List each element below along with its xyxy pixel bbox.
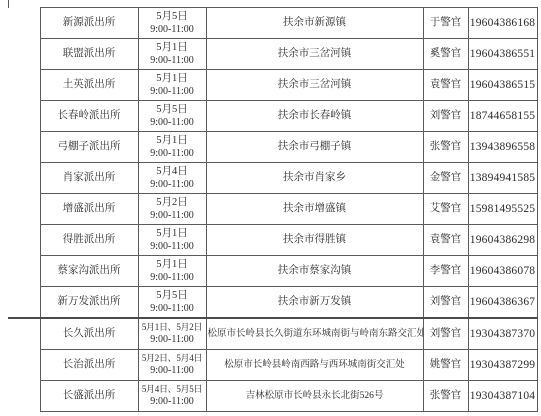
phone-cell: 19304387299	[468, 350, 537, 381]
officer-cell: 刘警官	[423, 318, 468, 350]
date-cell: 5月1日、5月2日9:00-11:00	[138, 318, 206, 350]
table-row: 增盛派出所5月2日9:00-11:00扶余市增盛镇艾警官15981495525	[8, 194, 537, 225]
table-row: 长治派出所5月2日、5月4日9:00-11:00松原市长岭县岭南西路与西环城南街…	[8, 350, 537, 381]
table-row: 新源派出所5月5日9:00-11:00扶余市新源镇于警官19604386168	[8, 8, 537, 39]
phone-cell: 19604386298	[468, 225, 537, 256]
date-text: 5月5日	[140, 289, 205, 303]
table-row: 肖家派出所5月4日9:00-11:00扶余市肖家乡金警官13894941585	[8, 163, 537, 194]
location-cell: 扶余市三岔河镇	[206, 70, 423, 101]
station-cell: 新万发派出所	[40, 287, 138, 319]
station-cell: 肖家派出所	[40, 163, 138, 194]
time-text: 9:00-11:00	[140, 147, 205, 160]
officer-cell: 艾警官	[423, 194, 468, 225]
left-gutter-cell	[8, 8, 40, 319]
station-cell: 联盟派出所	[40, 39, 138, 70]
station-cell: 长盛派出所	[40, 381, 138, 412]
location-cell: 扶余市长春岭镇	[206, 101, 423, 132]
table-row: 弓棚子派出所5月1日9:00-11:00扶余市弓棚子镇张警官1394389655…	[8, 132, 537, 163]
location-cell: 扶余市弓棚子镇	[206, 132, 423, 163]
officer-cell: 刘警官	[423, 101, 468, 132]
table-row: 新万发派出所5月5日9:00-11:00扶余市新万发镇刘警官1960438636…	[8, 287, 537, 319]
officer-cell: 金警官	[423, 163, 468, 194]
table-row: 长盛派出所5月4日、5月5日9:00-11:00吉林松原市长岭县永长北街526号…	[8, 381, 537, 412]
location-cell: 吉林松原市长岭县永长北街526号	[206, 381, 423, 412]
time-text: 9:00-11:00	[140, 395, 205, 408]
station-cell: 长治派出所	[40, 350, 138, 381]
officer-cell: 张警官	[423, 381, 468, 412]
officer-cell: 姚警官	[423, 350, 468, 381]
phone-cell: 19304387370	[468, 318, 537, 350]
date-cell: 5月5日9:00-11:00	[138, 287, 206, 319]
date-cell: 5月1日9:00-11:00	[138, 256, 206, 287]
time-text: 9:00-11:00	[140, 85, 205, 98]
time-text: 9:00-11:00	[140, 240, 205, 253]
table-row: 长春岭派出所5月5日9:00-11:00扶余市长春岭镇刘警官1874465815…	[8, 101, 537, 132]
phone-cell: 19604386078	[468, 256, 537, 287]
time-text: 9:00-11:00	[140, 23, 205, 36]
date-text: 5月5日	[140, 103, 205, 117]
date-cell: 5月2日、5月4日9:00-11:00	[138, 350, 206, 381]
date-text: 5月4日	[140, 165, 205, 179]
date-text: 5月4日、5月5日	[140, 384, 205, 396]
table-row: 长久派出所5月1日、5月2日9:00-11:00松原市长岭县长久街道东环城南街与…	[8, 318, 537, 350]
date-cell: 5月1日9:00-11:00	[138, 225, 206, 256]
location-cell: 扶余市肖家乡	[206, 163, 423, 194]
officer-cell: 袁警官	[423, 225, 468, 256]
date-cell: 5月5日9:00-11:00	[138, 8, 206, 39]
time-text: 9:00-11:00	[140, 209, 205, 222]
location-cell: 松原市长岭县岭南西路与西环城南街交汇处	[206, 350, 423, 381]
date-cell: 5月5日9:00-11:00	[138, 101, 206, 132]
officer-cell: 于警官	[423, 8, 468, 39]
station-cell: 弓棚子派出所	[40, 132, 138, 163]
phone-cell: 19604386168	[468, 8, 537, 39]
time-text: 9:00-11:00	[140, 364, 205, 377]
date-text: 5月1日	[140, 227, 205, 241]
location-cell: 扶余市得胜镇	[206, 225, 423, 256]
date-text: 5月1日	[140, 72, 205, 86]
date-text: 5月1日	[140, 134, 205, 148]
location-cell: 扶余市三岔河镇	[206, 39, 423, 70]
time-text: 9:00-11:00	[140, 54, 205, 67]
schedule-table-body: 新源派出所5月5日9:00-11:00扶余市新源镇于警官19604386168联…	[8, 8, 537, 412]
date-cell: 5月1日9:00-11:00	[138, 39, 206, 70]
station-cell: 增盛派出所	[40, 194, 138, 225]
station-cell: 土英派出所	[40, 70, 138, 101]
station-cell: 长春岭派出所	[40, 101, 138, 132]
station-cell: 新源派出所	[40, 8, 138, 39]
date-cell: 5月1日9:00-11:00	[138, 70, 206, 101]
table-row: 得胜派出所5月1日9:00-11:00扶余市得胜镇袁警官19604386298	[8, 225, 537, 256]
date-text: 5月5日	[140, 10, 205, 24]
phone-cell: 19604386367	[468, 287, 537, 319]
location-cell: 扶余市增盛镇	[206, 194, 423, 225]
station-cell: 长久派出所	[40, 318, 138, 350]
date-text: 5月1日、5月2日	[140, 322, 205, 334]
table-row: 联盟派出所5月1日9:00-11:00扶余市三岔河镇奚警官19604386551	[8, 39, 537, 70]
phone-cell: 19304387104	[468, 381, 537, 412]
date-text: 5月2日、5月4日	[140, 353, 205, 365]
officer-cell: 奚警官	[423, 39, 468, 70]
time-text: 9:00-11:00	[140, 302, 205, 315]
station-cell: 得胜派出所	[40, 225, 138, 256]
station-cell: 蔡家沟派出所	[40, 256, 138, 287]
phone-cell: 19604386551	[468, 39, 537, 70]
phone-cell: 19604386515	[468, 70, 537, 101]
officer-cell: 刘警官	[423, 287, 468, 319]
phone-cell: 15981495525	[468, 194, 537, 225]
officer-cell: 袁警官	[423, 70, 468, 101]
date-text: 5月1日	[140, 41, 205, 55]
date-cell: 5月1日9:00-11:00	[138, 132, 206, 163]
table-row: 土英派出所5月1日9:00-11:00扶余市三岔河镇袁警官19604386515	[8, 70, 537, 101]
officer-cell: 李警官	[423, 256, 468, 287]
phone-cell: 13894941585	[468, 163, 537, 194]
date-text: 5月1日	[140, 258, 205, 272]
location-cell: 扶余市新万发镇	[206, 287, 423, 319]
date-cell: 5月2日9:00-11:00	[138, 194, 206, 225]
officer-cell: 张警官	[423, 132, 468, 163]
date-cell: 5月4日、5月5日9:00-11:00	[138, 381, 206, 412]
time-text: 9:00-11:00	[140, 116, 205, 129]
table-row: 蔡家沟派出所5月1日9:00-11:00扶余市蔡家沟镇李警官1960438607…	[8, 256, 537, 287]
time-text: 9:00-11:00	[140, 333, 205, 346]
date-cell: 5月4日9:00-11:00	[138, 163, 206, 194]
police-station-schedule-page: 新源派出所5月5日9:00-11:00扶余市新源镇于警官19604386168联…	[0, 0, 541, 416]
time-text: 9:00-11:00	[140, 271, 205, 284]
police-station-schedule-table: 新源派出所5月5日9:00-11:00扶余市新源镇于警官19604386168联…	[8, 7, 538, 412]
location-cell: 松原市长岭县长久街道东环城南街与岭南东路交汇处	[206, 318, 423, 350]
phone-cell: 18744658155	[468, 101, 537, 132]
location-cell: 扶余市新源镇	[206, 8, 423, 39]
phone-cell: 13943896558	[468, 132, 537, 163]
date-text: 5月2日	[140, 196, 205, 210]
left-gutter-cell	[8, 318, 40, 412]
time-text: 9:00-11:00	[140, 178, 205, 191]
location-cell: 扶余市蔡家沟镇	[206, 256, 423, 287]
